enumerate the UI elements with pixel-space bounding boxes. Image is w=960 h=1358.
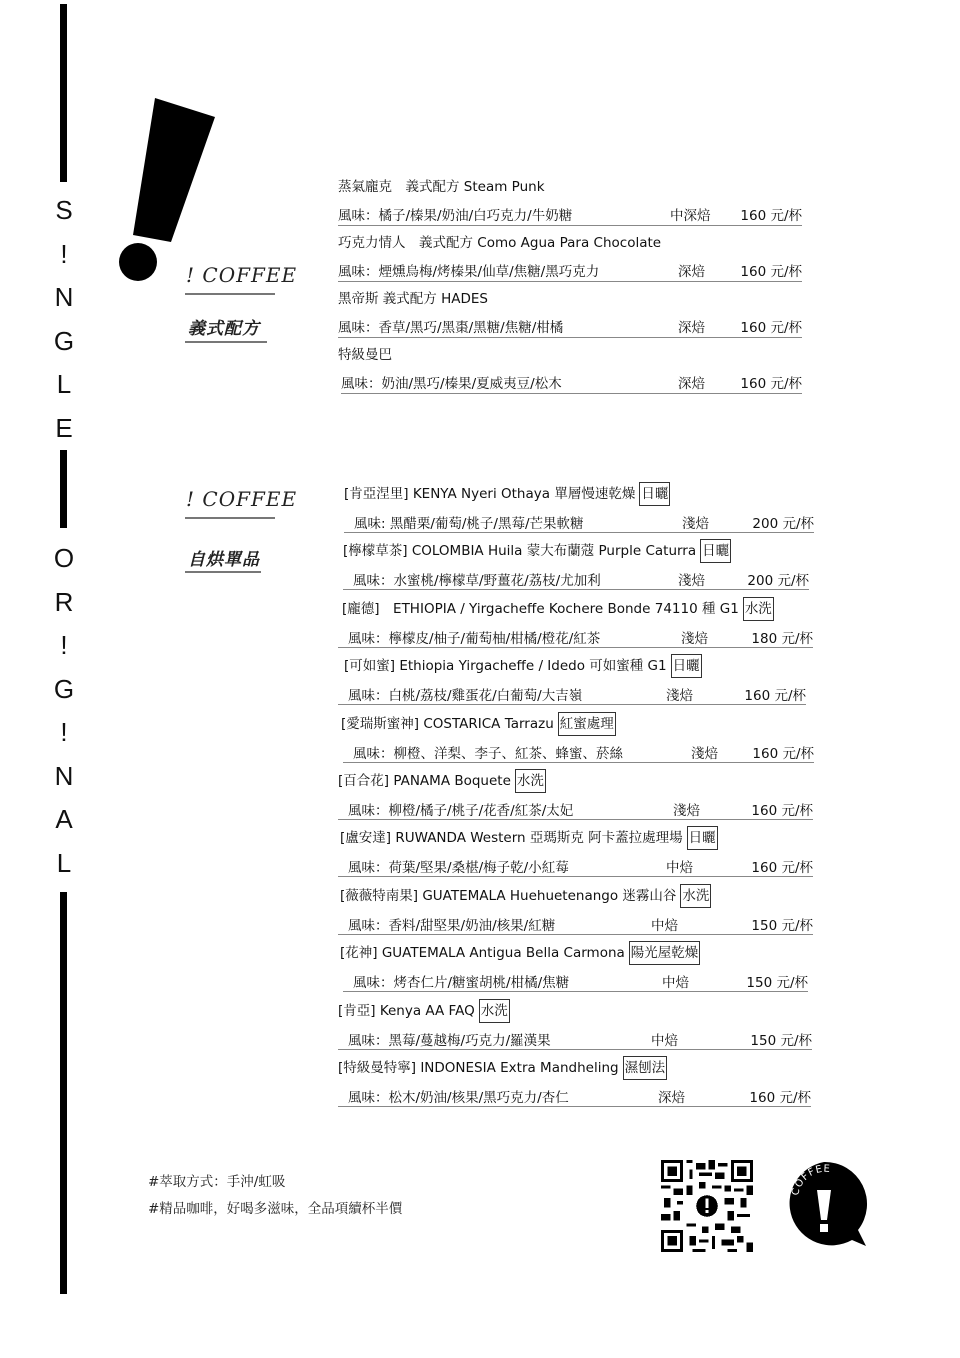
roast-level: 中焙 (666, 856, 693, 876)
menu-item-title: [花神] GUATEMALA Antigua Bella Carmona陽光屋乾… (340, 941, 700, 965)
menu-item-flavor-row: 風味：荷葉/堅果/桑椹/梅子乾/小紅莓中焙160 元/杯 (338, 856, 813, 877)
flavor-text: 風味：柳橙/橘子/桃子/花香/紅茶/太妃 (348, 799, 573, 819)
vertical-letter: N (50, 282, 78, 313)
flavor-text: 風味：香料/甜堅果/奶油/核果/紅糖 (348, 914, 555, 934)
menu-item-flavor-row: 風味：檸檬皮/柚子/葡萄柚/柑橘/橙花/紅茶淺焙180 元/杯 (338, 627, 813, 648)
menu-item-title: [龐德] ETHIOPIA / Yirgacheffe Kochere Bond… (342, 597, 774, 621)
exclamation-logo-icon (115, 95, 220, 290)
coffee-exclamation-logo-icon: COFFEE (780, 1160, 870, 1252)
flavor-text: 風味：荷葉/堅果/桑椹/梅子乾/小紅莓 (348, 856, 569, 876)
menu-item-flavor-row: 風味：煙燻烏梅/烤榛果/仙草/焦糖/黑巧克力深焙160 元/杯 (338, 260, 802, 282)
menu-item-flavor-row: 風味：白桃/荔枝/雞蛋花/白葡萄/大吉嶺淺焙160 元/杯 (338, 684, 806, 705)
menu-item-title: [薇薇特南果] GUATEMALA Huehuetenango 迷霧山谷水洗 (340, 884, 711, 908)
section-espresso-sublabel: 義式配方 (188, 314, 260, 339)
vertical-letter: G (50, 674, 78, 705)
coffee-name: [愛瑞斯蜜神] COSTARICA Tarrazu (341, 716, 554, 732)
vertical-letter: ! (50, 630, 78, 661)
menu-item-title: 蒸氣龐克 義式配方 Steam Punk (338, 175, 545, 195)
price: 160 元/杯 (749, 1086, 811, 1106)
vertical-letter: L (50, 848, 78, 879)
menu-item-flavor-row: 風味：水蜜桃/檸檬草/野薑花/荔枝/尤加利淺焙200 元/杯 (343, 569, 809, 590)
roast-level: 深焙 (678, 316, 705, 336)
price: 200 元/杯 (752, 512, 814, 532)
process-badge: 濕刨法 (623, 1056, 668, 1080)
menu-item-flavor-row: 風味：柳橙、洋梨、李子、紅茶、蜂蜜、菸絲淺焙160 元/杯 (343, 742, 814, 763)
vertical-letter: ! (50, 239, 78, 270)
roast-level: 淺焙 (678, 569, 705, 589)
vertical-letter: A (50, 804, 78, 835)
coffee-name: [百合花] PANAMA Boquete (338, 773, 511, 789)
roast-level: 淺焙 (691, 742, 718, 762)
price: 160 元/杯 (751, 799, 813, 819)
price: 150 元/杯 (746, 971, 808, 991)
price: 160 元/杯 (740, 316, 802, 336)
vertical-bar-bottom (60, 892, 67, 1294)
price: 160 元/杯 (740, 260, 802, 280)
coffee-name: [可如蜜] Ethiopia Yirgacheffe / Idedo 可如蜜種 … (344, 658, 667, 674)
flavor-text: 風味：香草/黑巧/黑棗/黑糖/焦糖/柑橘 (338, 316, 563, 336)
coffee-name: [花神] GUATEMALA Antigua Bella Carmona (340, 945, 625, 961)
price: 150 元/杯 (751, 914, 813, 934)
menu-item-title: [特級曼特寧] INDONESIA Extra Mandheling濕刨法 (338, 1056, 667, 1080)
menu-item-flavor-row: 風味：奶油/黑巧/榛果/夏威夷豆/松木深焙160 元/杯 (341, 372, 802, 394)
menu-item-title: [愛瑞斯蜜神] COSTARICA Tarrazu紅蜜處理 (341, 712, 616, 736)
coffee-name: [龐德] ETHIOPIA / Yirgacheffe Kochere Bond… (342, 601, 739, 617)
coffee-name: [特級曼特寧] INDONESIA Extra Mandheling (338, 1060, 619, 1076)
roast-level: 深焙 (678, 260, 705, 280)
section-single-origin-label: ! COFFEE (186, 487, 297, 511)
vertical-letter: R (50, 587, 78, 618)
process-badge: 日曬 (700, 539, 731, 563)
vertical-bar-middle (60, 450, 67, 528)
vertical-letter: ! (50, 717, 78, 748)
roast-level: 中焙 (651, 914, 678, 934)
menu-item-title: [可如蜜] Ethiopia Yirgacheffe / Idedo 可如蜜種 … (344, 654, 702, 678)
divider (185, 341, 267, 343)
vertical-letter: O (50, 543, 78, 574)
flavor-text: 風味：煙燻烏梅/烤榛果/仙草/焦糖/黑巧克力 (338, 260, 599, 280)
price: 160 元/杯 (751, 856, 813, 876)
roast-level: 中深焙 (670, 204, 711, 224)
coffee-name: [盧安達] RUWANDA Western 亞瑪斯克 阿卡蓋拉處理場 (340, 830, 683, 846)
menu-item-title: [盧安達] RUWANDA Western 亞瑪斯克 阿卡蓋拉處理場日曬 (340, 826, 718, 850)
price: 160 元/杯 (752, 742, 814, 762)
vertical-letter: E (50, 413, 78, 444)
process-badge: 陽光屋乾燥 (629, 941, 701, 965)
divider (185, 571, 261, 573)
menu-item-flavor-row: 風味：柳橙/橘子/桃子/花香/紅茶/太妃淺焙160 元/杯 (338, 799, 813, 820)
menu-item-flavor-row: 風味：香料/甜堅果/奶油/核果/紅糖中焙150 元/杯 (338, 914, 813, 935)
flavor-text: 風味：奶油/黑巧/榛果/夏威夷豆/松木 (341, 372, 562, 392)
menu-item-flavor-row: 風味：黑莓/蔓越梅/巧克力/羅漢果中焙150 元/杯 (338, 1029, 812, 1050)
coffee-name: [薇薇特南果] GUATEMALA Huehuetenango 迷霧山谷 (340, 888, 676, 904)
section-espresso-label: ! COFFEE (186, 263, 297, 287)
process-badge: 水洗 (743, 597, 774, 621)
menu-item-title: 黑帝斯 義式配方 HADES (338, 287, 488, 307)
section-single-origin-sublabel: 自烘單品 (188, 545, 260, 570)
menu-item-title: 特級曼巴 (338, 343, 392, 363)
roast-level: 深焙 (678, 372, 705, 392)
flavor-text: 風味：水蜜桃/檸檬草/野薑花/荔枝/尤加利 (353, 569, 601, 589)
divider (185, 517, 275, 519)
roast-level: 深焙 (658, 1086, 685, 1106)
price: 180 元/杯 (751, 627, 813, 647)
menu-item-flavor-row: 風味：松木/奶油/核果/黑巧克力/杏仁深焙160 元/杯 (338, 1086, 811, 1107)
vertical-letter: N (50, 761, 78, 792)
coffee-name: [肯亞] Kenya AA FAQ (338, 1003, 475, 1019)
menu-item-title: [百合花] PANAMA Boquete水洗 (338, 769, 546, 793)
roast-level: 淺焙 (666, 684, 693, 704)
flavor-text: 風味：烤杏仁片/糖蜜胡桃/柑橘/焦糖 (353, 971, 569, 991)
menu-item-title: 巧克力情人 義式配方 Como Agua Para Chocolate (338, 231, 661, 251)
flavor-text: 風味：柳橙、洋梨、李子、紅茶、蜂蜜、菸絲 (353, 742, 623, 762)
vertical-bar-top (60, 4, 67, 182)
flavor-text: 風味：白桃/荔枝/雞蛋花/白葡萄/大吉嶺 (348, 684, 582, 704)
process-badge: 水洗 (479, 999, 510, 1023)
process-badge: 紅蜜處理 (558, 712, 616, 736)
process-badge: 水洗 (515, 769, 546, 793)
roast-level: 中焙 (651, 1029, 678, 1049)
price: 160 元/杯 (740, 372, 802, 392)
price: 150 元/杯 (750, 1029, 812, 1049)
flavor-text: 風味：松木/奶油/核果/黑巧克力/杏仁 (348, 1086, 569, 1106)
menu-item-title: [肯亞] Kenya AA FAQ水洗 (338, 999, 510, 1023)
process-badge: 日曬 (671, 654, 702, 678)
price: 200 元/杯 (747, 569, 809, 589)
promo-note: #精品咖啡，好喝多滋味，全品項續杯半價 (148, 1197, 402, 1217)
process-badge: 日曬 (687, 826, 718, 850)
menu-item-flavor-row: 風味：橘子/榛果/奶油/白巧克力/牛奶糖中深焙160 元/杯 (338, 204, 802, 226)
flavor-text: 風味：檸檬皮/柚子/葡萄柚/柑橘/橙花/紅茶 (348, 627, 600, 647)
flavor-text: 風味：黑莓/蔓越梅/巧克力/羅漢果 (348, 1029, 551, 1049)
roast-level: 淺焙 (681, 627, 708, 647)
roast-level: 中焙 (662, 971, 689, 991)
menu-item-title: [檸檬草茶] COLOMBIA Huila 蒙大布蘭蔻 Purple Catur… (343, 539, 731, 563)
divider (185, 293, 275, 295)
menu-item-flavor-row: 風味：烤杏仁片/糖蜜胡桃/柑橘/焦糖中焙150 元/杯 (343, 971, 808, 992)
roast-level: 淺焙 (682, 512, 709, 532)
vertical-letter: G (50, 326, 78, 357)
coffee-name: [肯亞涅里] KENYA Nyeri Othaya 單層慢速乾燥 (344, 486, 635, 502)
coffee-name: [檸檬草茶] COLOMBIA Huila 蒙大布蘭蔻 Purple Catur… (343, 543, 696, 559)
roast-level: 淺焙 (673, 799, 700, 819)
price: 160 元/杯 (740, 204, 802, 224)
brew-method-note: #萃取方式：手沖/虹吸 (148, 1170, 285, 1190)
process-badge: 水洗 (680, 884, 711, 908)
menu-item-flavor-row: 風味：香草/黑巧/黑棗/黑糖/焦糖/柑橘深焙160 元/杯 (338, 316, 802, 338)
menu-item-title: [肯亞涅里] KENYA Nyeri Othaya 單層慢速乾燥日曬 (344, 482, 670, 506)
vertical-letter: S (50, 195, 78, 226)
qr-code[interactable] (661, 1160, 753, 1252)
process-badge: 日曬 (639, 482, 670, 506)
price: 160 元/杯 (744, 684, 806, 704)
flavor-text: 風味：橘子/榛果/奶油/白巧克力/牛奶糖 (338, 204, 572, 224)
flavor-text: 風味: 黑醋栗/葡萄/桃子/黑莓/芒果軟糖 (354, 512, 584, 532)
menu-item-flavor-row: 風味: 黑醋栗/葡萄/桃子/黑莓/芒果軟糖淺焙200 元/杯 (344, 512, 814, 533)
vertical-letter: L (50, 369, 78, 400)
